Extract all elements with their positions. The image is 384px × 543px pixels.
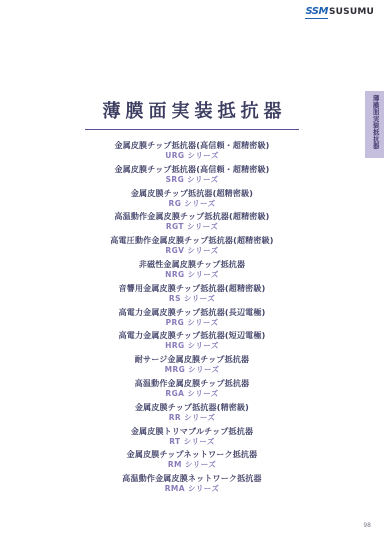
product-series-link[interactable]: RG シリーズ — [0, 199, 384, 208]
product-series-link[interactable]: RGA シリーズ — [0, 389, 384, 398]
product-name: 金属皮膜チップ抵抗器(精密級) — [0, 403, 384, 413]
product-list-item[interactable]: 高電力金属皮膜チップ抵抗器(短辺電極) HRG シリーズ — [0, 331, 384, 350]
product-name: 高電圧動作金属皮膜チップ抵抗器(超精密級) — [0, 236, 384, 246]
ssm-logo-icon: SSM — [305, 7, 328, 19]
product-name: 金属皮膜トリマブルチップ抵抗器 — [0, 427, 384, 437]
product-series-link[interactable]: RS シリーズ — [0, 294, 384, 303]
product-list-item[interactable]: 非磁性金属皮膜チップ抵抗器 NRG シリーズ — [0, 260, 384, 279]
product-list-item[interactable]: 金属皮膜チップ抵抗器(高信頼・超精密級) SRG シリーズ — [0, 165, 384, 184]
product-series-link[interactable]: HRG シリーズ — [0, 341, 384, 350]
page-title: 薄膜面実装抵抗器 — [98, 100, 287, 123]
product-series-link[interactable]: RR シリーズ — [0, 413, 384, 422]
product-series-link[interactable]: RGV シリーズ — [0, 246, 384, 255]
product-list-item[interactable]: 耐サージ金属皮膜チップ抵抗器 MRG シリーズ — [0, 355, 384, 374]
product-series-link[interactable]: RMA シリーズ — [0, 484, 384, 493]
product-list-item[interactable]: 高温動作金属皮膜チップ抵抗器(超精密級) RGT シリーズ — [0, 212, 384, 231]
product-name: 金属皮膜チップネットワーク抵抗器 — [0, 450, 384, 460]
product-name: 金属皮膜チップ抵抗器(超精密級) — [0, 189, 384, 199]
product-name: 高温動作金属皮膜チップ抵抗器 — [0, 379, 384, 389]
product-series-link[interactable]: RGT シリーズ — [0, 222, 384, 231]
product-list: 金属皮膜チップ抵抗器(高信頼・超精密級) URG シリーズ 金属皮膜チップ抵抗器… — [0, 141, 384, 498]
product-series-link[interactable]: RT シリーズ — [0, 437, 384, 446]
product-series-link[interactable]: RM シリーズ — [0, 460, 384, 469]
product-series-link[interactable]: SRG シリーズ — [0, 175, 384, 184]
product-series-link[interactable]: PRG シリーズ — [0, 318, 384, 327]
product-name: 金属皮膜チップ抵抗器(高信頼・超精密級) — [0, 141, 384, 151]
title-block: 薄膜面実装抵抗器 — [0, 100, 384, 130]
product-series-link[interactable]: MRG シリーズ — [0, 365, 384, 374]
product-list-item[interactable]: 金属皮膜トリマブルチップ抵抗器 RT シリーズ — [0, 427, 384, 446]
product-name: 高温動作金属皮膜ネットワーク抵抗器 — [0, 474, 384, 484]
product-list-item[interactable]: 金属皮膜チップネットワーク抵抗器 RM シリーズ — [0, 450, 384, 469]
product-list-item[interactable]: 高電圧動作金属皮膜チップ抵抗器(超精密級) RGV シリーズ — [0, 236, 384, 255]
logo-wordmark: SUSUMU — [329, 8, 374, 17]
product-name: 高温動作金属皮膜チップ抵抗器(超精密級) — [0, 212, 384, 222]
susumu-logo: SSM SUSUMU — [305, 7, 374, 19]
product-name: 金属皮膜チップ抵抗器(高信頼・超精密級) — [0, 165, 384, 175]
product-list-item[interactable]: 高温動作金属皮膜ネットワーク抵抗器 RMA シリーズ — [0, 474, 384, 493]
product-list-item[interactable]: 金属皮膜チップ抵抗器(精密級) RR シリーズ — [0, 403, 384, 422]
product-list-item[interactable]: 高温動作金属皮膜チップ抵抗器 RGA シリーズ — [0, 379, 384, 398]
product-list-item[interactable]: 金属皮膜チップ抵抗器(超精密級) RG シリーズ — [0, 189, 384, 208]
product-name: 音響用金属皮膜チップ抵抗器(超精密級) — [0, 284, 384, 294]
product-name: 高電力金属皮膜チップ抵抗器(長辺電極) — [0, 308, 384, 318]
product-name: 耐サージ金属皮膜チップ抵抗器 — [0, 355, 384, 365]
product-name: 高電力金属皮膜チップ抵抗器(短辺電極) — [0, 331, 384, 341]
catalog-page: SSM SUSUMU 薄膜面実装抵抗器 薄膜面実装抵抗器 金属皮膜チップ抵抗器(… — [0, 0, 384, 543]
product-list-item[interactable]: 金属皮膜チップ抵抗器(高信頼・超精密級) URG シリーズ — [0, 141, 384, 160]
product-name: 非磁性金属皮膜チップ抵抗器 — [0, 260, 384, 270]
page-number: 98 — [363, 523, 371, 529]
product-list-item[interactable]: 高電力金属皮膜チップ抵抗器(長辺電極) PRG シリーズ — [0, 308, 384, 327]
product-list-item[interactable]: 音響用金属皮膜チップ抵抗器(超精密級) RS シリーズ — [0, 284, 384, 303]
product-series-link[interactable]: URG シリーズ — [0, 151, 384, 160]
product-series-link[interactable]: NRG シリーズ — [0, 270, 384, 279]
title-underline — [85, 129, 299, 130]
